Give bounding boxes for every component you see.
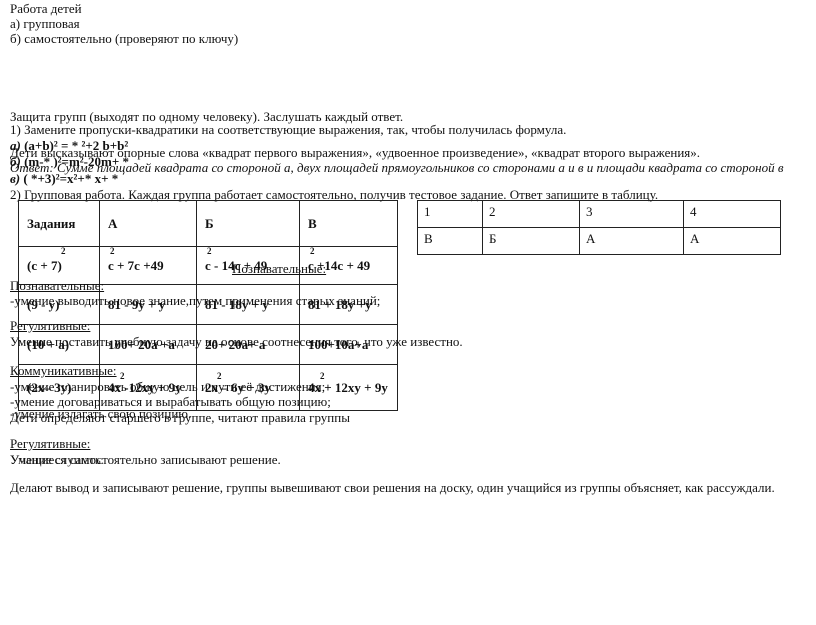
header-a: А bbox=[100, 201, 197, 247]
equation-v: в) ( *+3)²=x²+* x+ * bbox=[10, 172, 118, 186]
option-cell: c + 7c +492 bbox=[100, 247, 197, 285]
answer-value: Б bbox=[483, 228, 580, 255]
work-item-self: б) самостоятельно (проверяют по ключу) bbox=[10, 32, 238, 46]
equation-v-label: в) bbox=[10, 171, 20, 186]
cognitive-item: -умение выводить новое знание,путем прим… bbox=[10, 294, 380, 308]
answer-header: 2 bbox=[483, 201, 580, 228]
regulatory-heading: Регулятивные: bbox=[10, 319, 90, 333]
header-b: Б bbox=[197, 201, 300, 247]
answer-value: А bbox=[580, 228, 684, 255]
equation-v-text: ( *+3)²=x²+* x+ * bbox=[23, 171, 118, 186]
header-tasks: Задания bbox=[19, 201, 100, 247]
answer-header: 1 bbox=[418, 201, 483, 228]
answer-value: В bbox=[418, 228, 483, 255]
cognitive-heading: Познавательные: bbox=[10, 279, 104, 293]
communicative-heading: Коммуникативные: bbox=[10, 364, 117, 378]
task-table-header: Задания А Б В bbox=[19, 201, 398, 247]
cognitive-heading-overlay: Познавательные: bbox=[232, 262, 326, 276]
header-v: В bbox=[300, 201, 398, 247]
task1-text: 1) Замените пропуски-квадратики на соотв… bbox=[10, 123, 566, 137]
conclusion-line: Делают вывод и записывают решение, групп… bbox=[10, 481, 775, 495]
communicative-item-1: -умение планировать общую цель и пути её… bbox=[10, 380, 325, 394]
regulatory2-overlay: Умение слушать. bbox=[10, 453, 104, 467]
roles-line: Дети определяют старшего в группе, читаю… bbox=[10, 411, 350, 425]
answer-line: Ответ: Сумме площадей квадрата со сторон… bbox=[10, 161, 783, 175]
work-item-group: а) групповая bbox=[10, 17, 80, 31]
answer-table-header: 1 2 3 4 bbox=[418, 201, 781, 228]
answer-table-row: В Б А А bbox=[418, 228, 781, 255]
regulatory-item: Умение поставить учебную задачу на основ… bbox=[10, 335, 463, 349]
regulatory2-heading: Регулятивные: bbox=[10, 437, 90, 451]
answer-table: 1 2 3 4 В Б А А bbox=[417, 200, 781, 255]
answer-header: 3 bbox=[580, 201, 684, 228]
answer-header: 4 bbox=[684, 201, 781, 228]
answer-value: А bbox=[684, 228, 781, 255]
work-title: Работа детей bbox=[10, 2, 82, 16]
